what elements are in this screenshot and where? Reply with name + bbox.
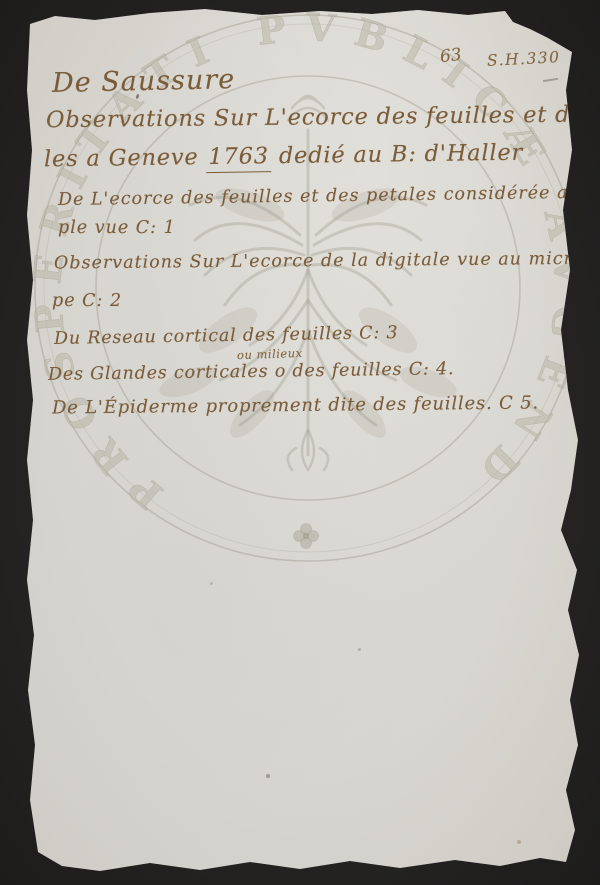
manuscript-line-ch1b: ple vue C: 1 [58,218,176,238]
folio-number: 63 [439,45,463,67]
paper-speck [210,582,213,585]
paper-speck [517,840,521,844]
shelfmark: S.H.330 [487,48,561,70]
manuscript-page: PROSPERITATI PVBLICÆ AVGENDAE [0,0,600,885]
manuscript-line-ch2b: pe C: 2 [52,291,122,311]
paper-speck [358,648,361,651]
title-2-before: les a Geneve [44,144,207,172]
library-stamp: PROSPERITATI PVBLICÆ AVGENDAE [0,0,600,885]
scan-background: PROSPERITATI PVBLICÆ AVGENDAE [0,0,600,885]
manuscript-line-author: De Saussure [52,64,236,99]
manuscript-interline-insertion: ou milieux [237,346,303,362]
title-date-underlined: 1763 [206,143,271,173]
title-2-after: dedié au B: d'Haller [271,140,523,170]
paper-speck [266,774,270,778]
stamp-flower-separator [293,523,319,549]
